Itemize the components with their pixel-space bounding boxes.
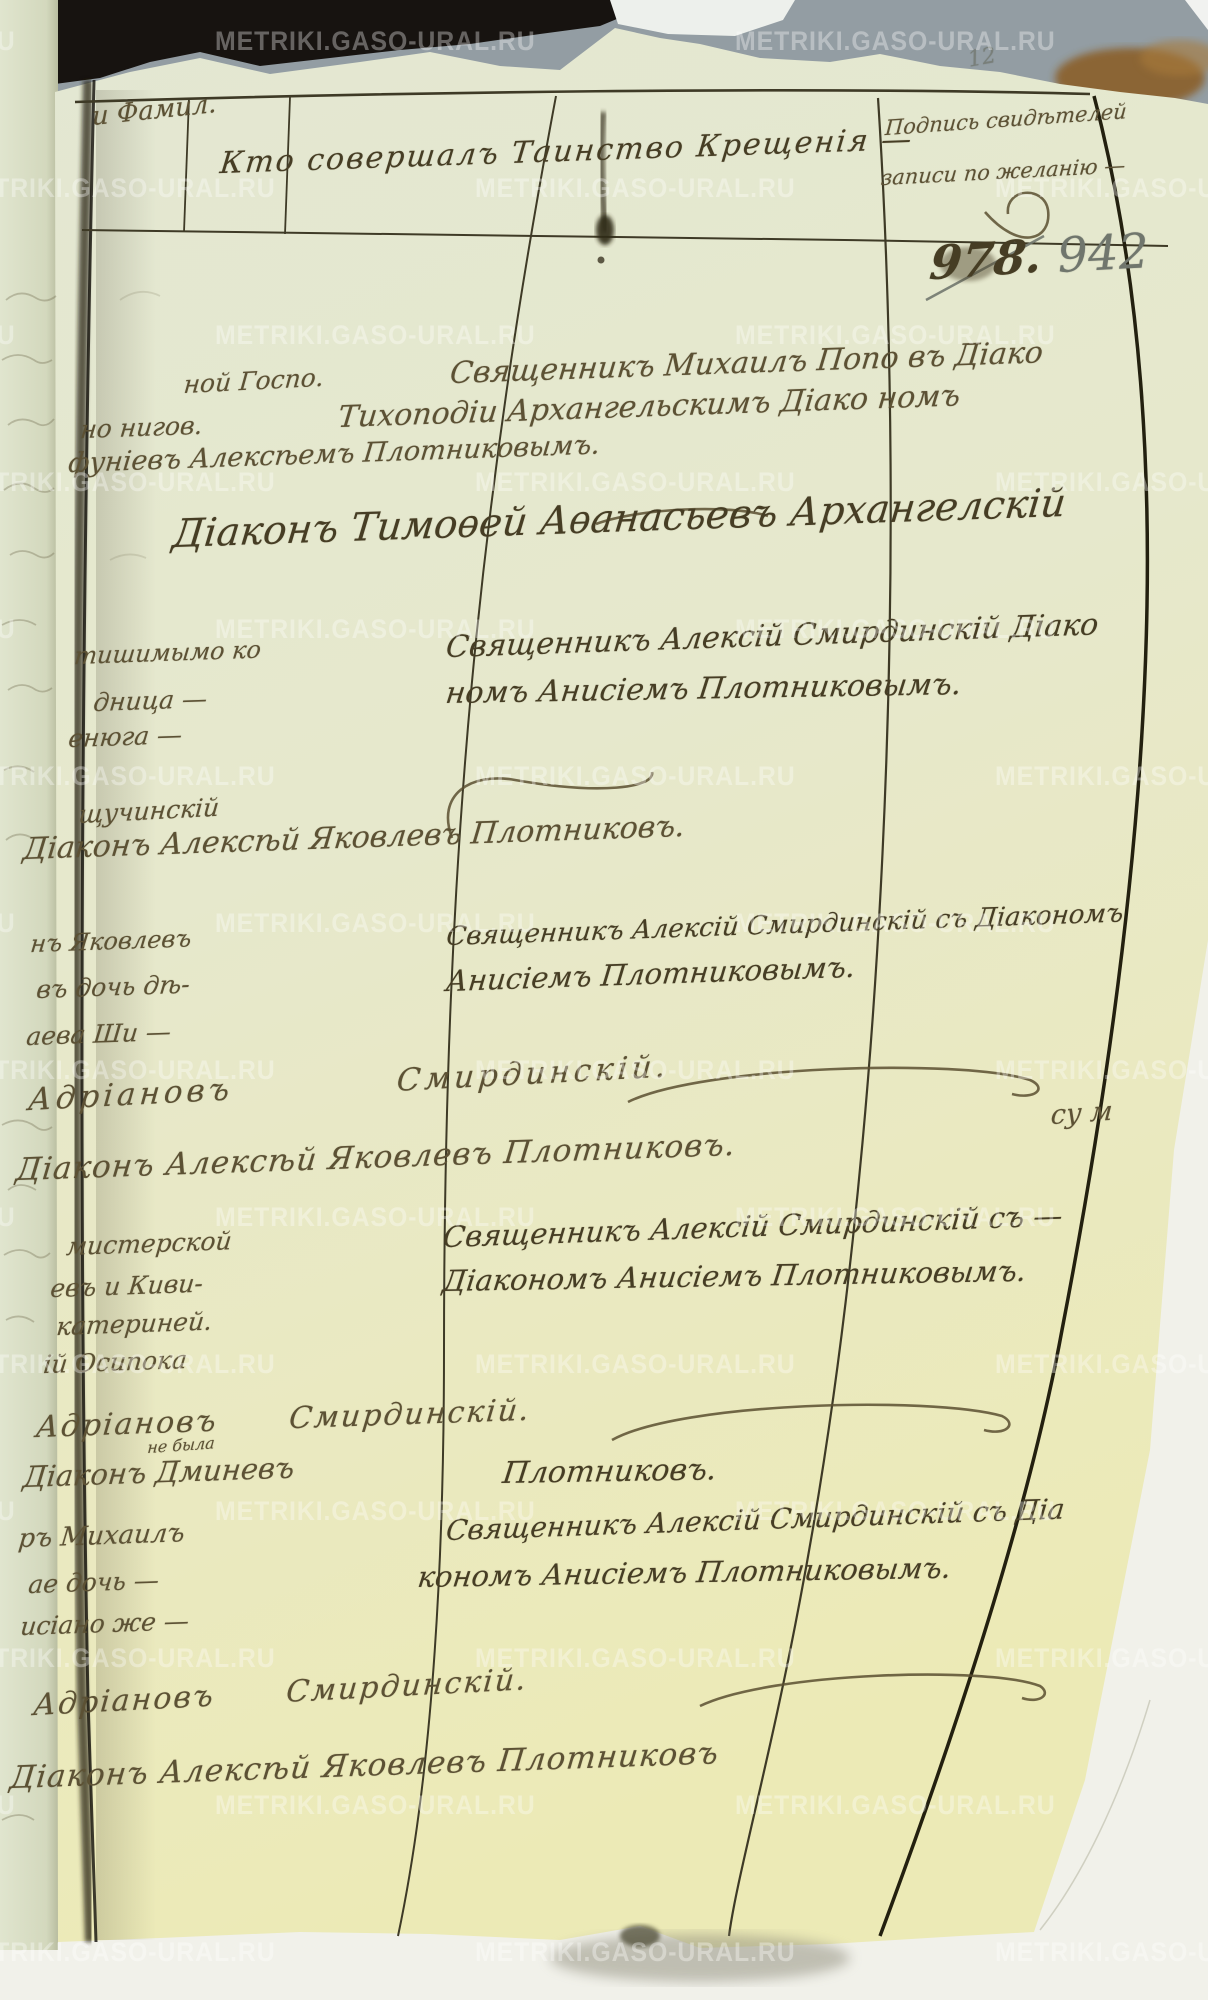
handwriting-line: аева Ши — (25, 1017, 173, 1051)
margin-annotation-su-m: су м (1050, 1096, 1114, 1132)
handwriting-line: Анисіемъ Плотниковымъ. (444, 950, 857, 998)
handwriting-line: евъ и Киви- (49, 1269, 205, 1303)
handwriting-line: Священникъ Алексій Смирдинскій съ — (441, 1198, 1064, 1254)
page-number-old-crossed: 978. (927, 228, 1045, 290)
handwriting-line: Тихоподіи Архангельскимъ Діако номъ (336, 378, 962, 435)
handwriting-line: катериней. (55, 1307, 214, 1342)
header-signature-column-label-line2: записи по желанію — (880, 153, 1127, 190)
handwriting-line: Священникъ Алексій Смирдинскій съ Діа (445, 1492, 1067, 1547)
handwriting-line: Діаконъ Алексѣй Яковлевъ Плотниковъ (8, 1735, 721, 1796)
handwriting-line: ій Осипока (42, 1345, 189, 1379)
handwriting-line: тишимымо ко (73, 635, 262, 670)
handwriting-line: Діаконъ Алексѣй Яковлевъ Плотниковъ. (14, 1127, 738, 1188)
page-text-layer: и Фамил. Кто совершалъ Таинство Крещенія… (0, 0, 1208, 2000)
handwriting-line: но нигов. (79, 411, 204, 444)
handwriting-line: Адріановъ Смирдинскій. (27, 1048, 671, 1118)
page-number-new-pencil: 942 (1056, 223, 1150, 284)
handwriting-line: Адріановъ Смирдинскій. (32, 1662, 529, 1723)
handwriting-line: Плотниковъ. (501, 1452, 719, 1491)
handwriting-line: исіано же — (19, 1606, 191, 1641)
handwriting-line: мистерской (65, 1226, 233, 1261)
handwriting-line: ае дочь — (27, 1565, 161, 1599)
corner-pencil-mark: 12 (966, 43, 998, 72)
handwriting-line: кономъ Анисіемъ Плотниковымъ. (416, 1551, 953, 1594)
handwriting-line: Діакономъ Анисіемъ Плотниковымъ. (441, 1254, 1029, 1298)
header-celebrant-column-label: Кто совершалъ Таинство Крещенія — (218, 122, 915, 181)
handwriting-line: Священникъ Алексій Смирдинскій съ Діакон… (445, 898, 1125, 952)
handwriting-line: Адріановъ Смирдинскій. (34, 1393, 532, 1445)
scanned-register-page: и Фамил. Кто совершалъ Таинство Крещенія… (0, 0, 1208, 2000)
handwriting-line: енюга — (67, 720, 184, 753)
handwriting-line: нъ Яковлевъ (29, 924, 193, 958)
handwriting-line: Діаконъ Дминевъ (21, 1451, 296, 1495)
handwriting-line: ръ Михаилъ (17, 1518, 186, 1554)
handwriting-line: въ дочь дѣ- (35, 970, 191, 1004)
handwriting-line: ной Госпо. (182, 363, 325, 400)
handwriting-line: номъ Анисіемъ Плотниковымъ. (444, 667, 964, 711)
header-signature-column-label-line1: Подпись свидѣтелей (884, 99, 1127, 140)
handwriting-line: щучинскій (77, 793, 220, 830)
handwriting-line: Священникъ Алексій Смирдинскій Діако (444, 607, 1100, 665)
handwriting-line: дница — (92, 684, 209, 717)
header-names-column-label: и Фамил. (92, 89, 217, 132)
handwriting-line: Діаконъ Тимоѳей Аѳанасьевъ Архангелскій (170, 481, 1068, 557)
